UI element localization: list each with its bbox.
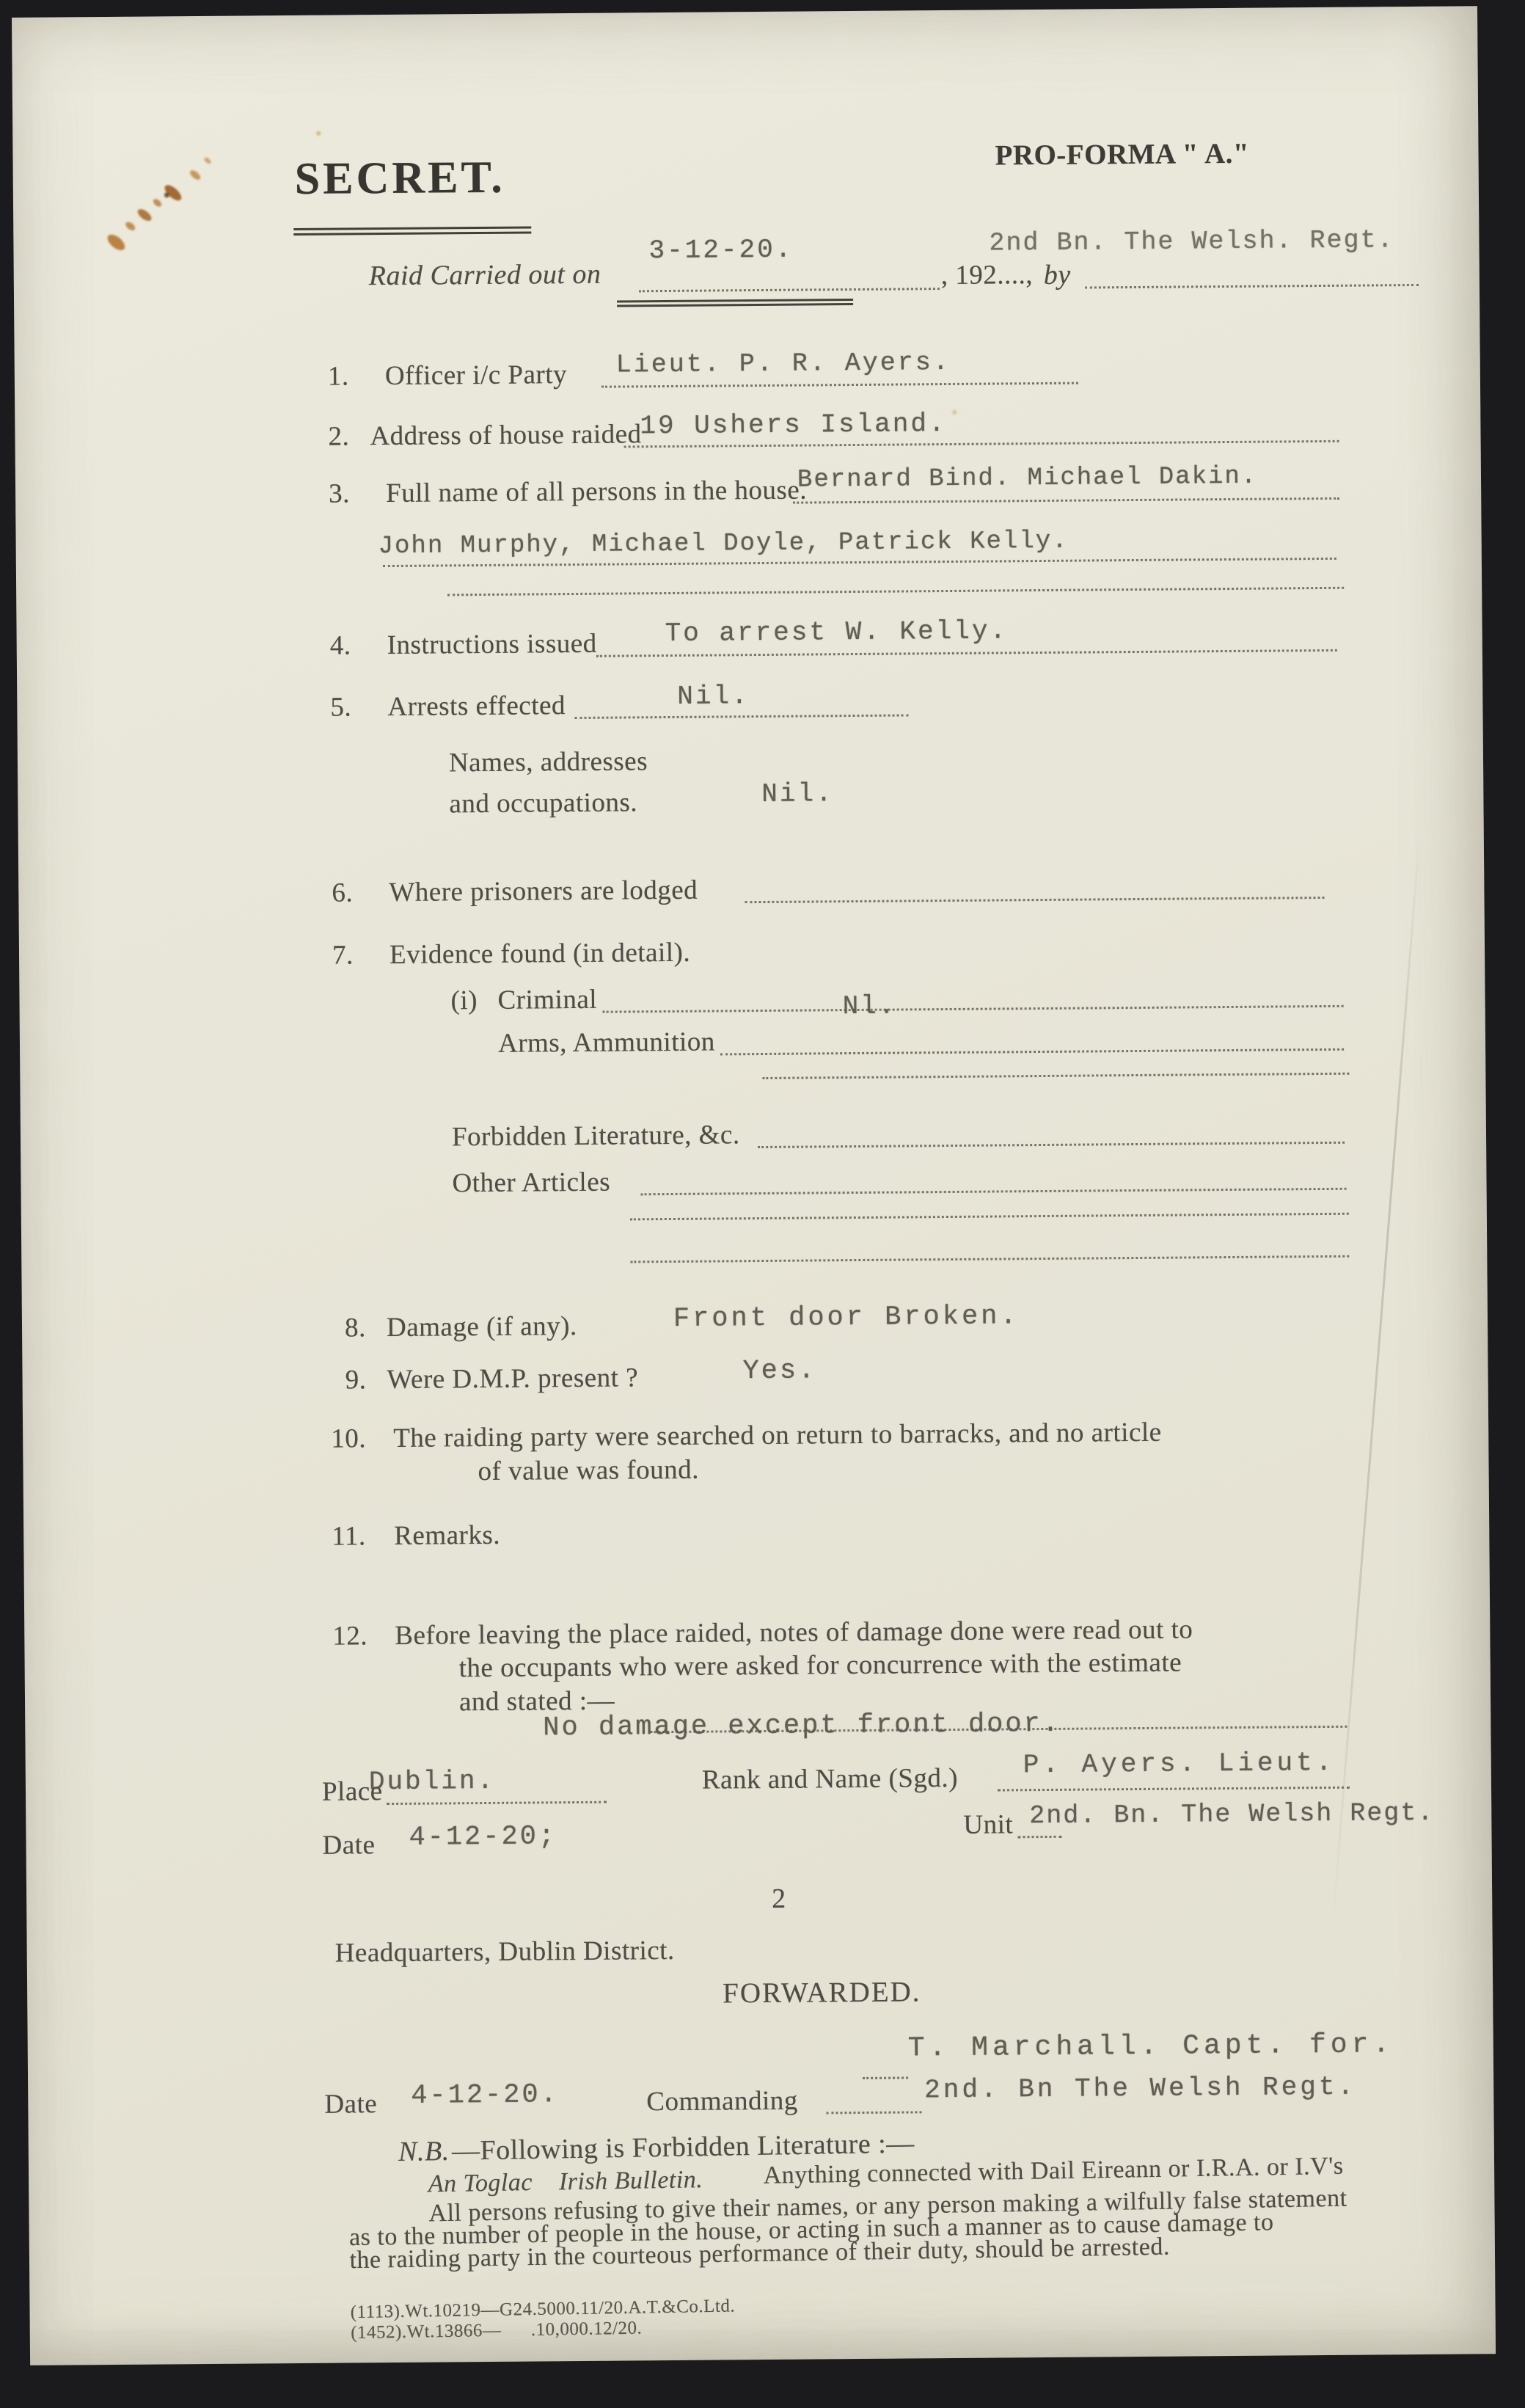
- nb-prefix: N.B.: [398, 2135, 450, 2168]
- forbidden-titles-italic: An Toglac Irish Bulletin.: [428, 2166, 703, 2198]
- paper-sheet: SECRET. PRO-FORMA " A." Raid Carried out…: [12, 6, 1496, 2365]
- print-code-line2: (1452).Wt.13866— .10,000.12/20.: [351, 2318, 643, 2344]
- footnotes-block: N.B. —Following is Forbidden Literature …: [0, 0, 1497, 2368]
- scanned-raid-report-page: { "document": { "classification": "SECRE…: [0, 0, 1525, 2408]
- print-code-line1: (1113).Wt.10219—G24.5000.11/20.A.T.&Co.L…: [351, 2296, 736, 2323]
